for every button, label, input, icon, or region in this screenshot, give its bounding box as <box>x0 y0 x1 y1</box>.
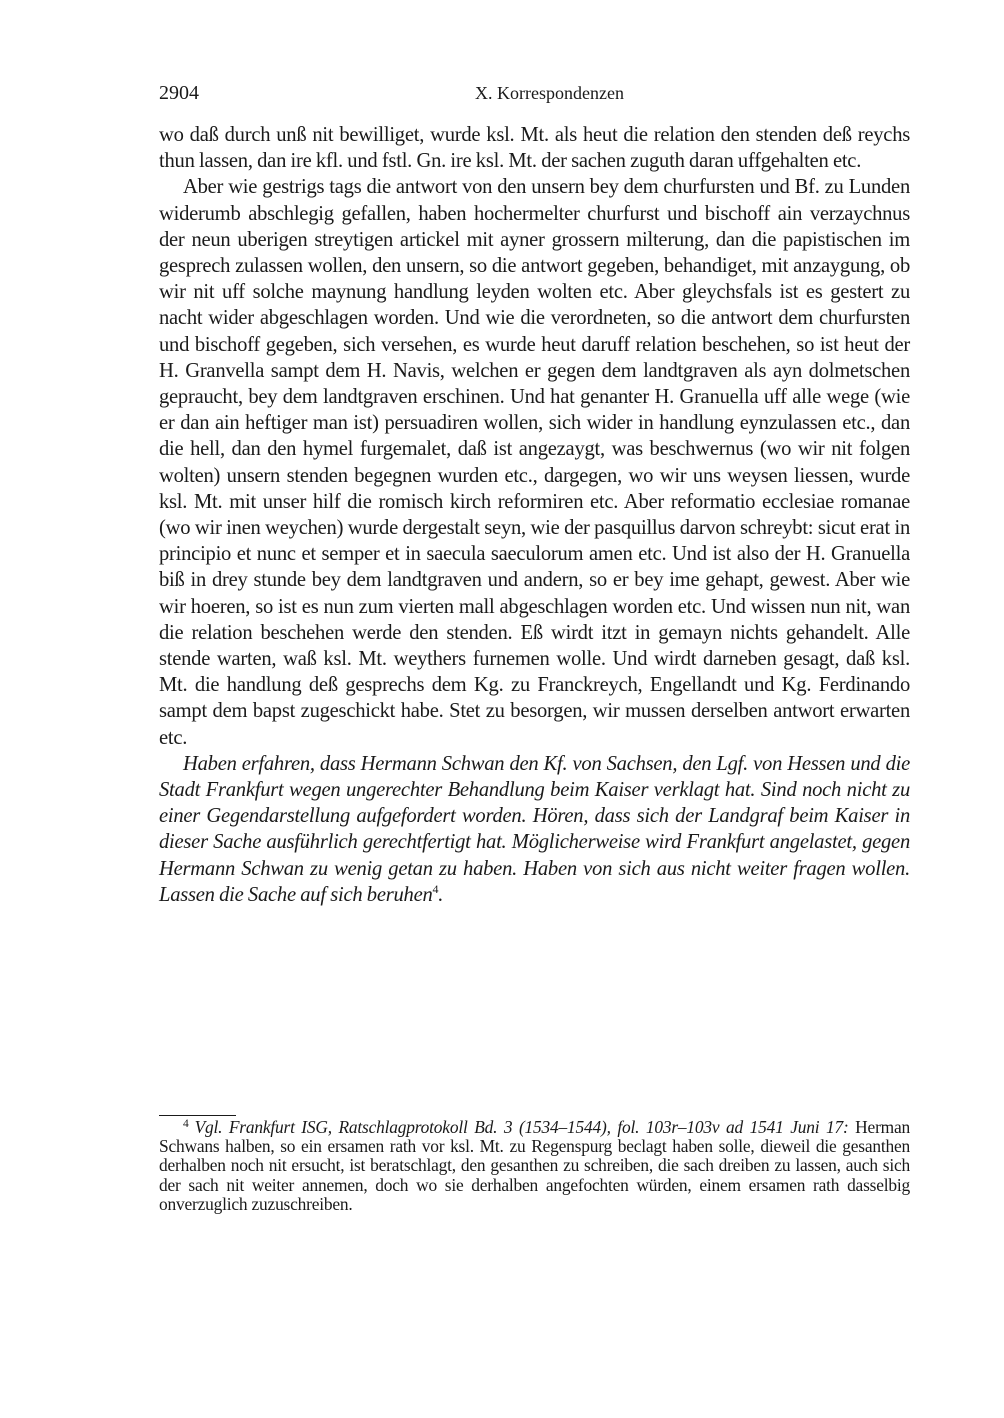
paragraph-main: Aber wie gestrigs tags die antwort von d… <box>159 174 910 750</box>
paragraph-continuation: wo daß durch unß nit bewilliget, wurde k… <box>159 122 910 174</box>
section-title: X. Korrespondenzen <box>159 78 910 108</box>
footnotes-section: 4Vgl. Frankfurt ISG, Ratschlagprotokoll … <box>159 1115 910 1214</box>
paragraph-summary-text: Haben erfahren, dass Hermann Schwan den … <box>159 753 910 906</box>
running-head: 2904 X. Korrespondenzen <box>159 78 910 108</box>
paragraph-summary: Haben erfahren, dass Hermann Schwan den … <box>159 751 910 908</box>
body-text: wo daß durch unß nit bewilliget, wurde k… <box>159 122 910 908</box>
footnote-number: 4 <box>183 1118 189 1130</box>
paragraph-summary-end: . <box>438 884 443 906</box>
page: 2904 X. Korrespondenzen wo daß durch unß… <box>159 78 910 908</box>
footnote-source-citation: Vgl. Frankfurt ISG, Ratschlagprotokoll B… <box>195 1117 849 1137</box>
footnote-4: 4Vgl. Frankfurt ISG, Ratschlagprotokoll … <box>159 1118 910 1214</box>
footnote-divider <box>159 1115 236 1116</box>
